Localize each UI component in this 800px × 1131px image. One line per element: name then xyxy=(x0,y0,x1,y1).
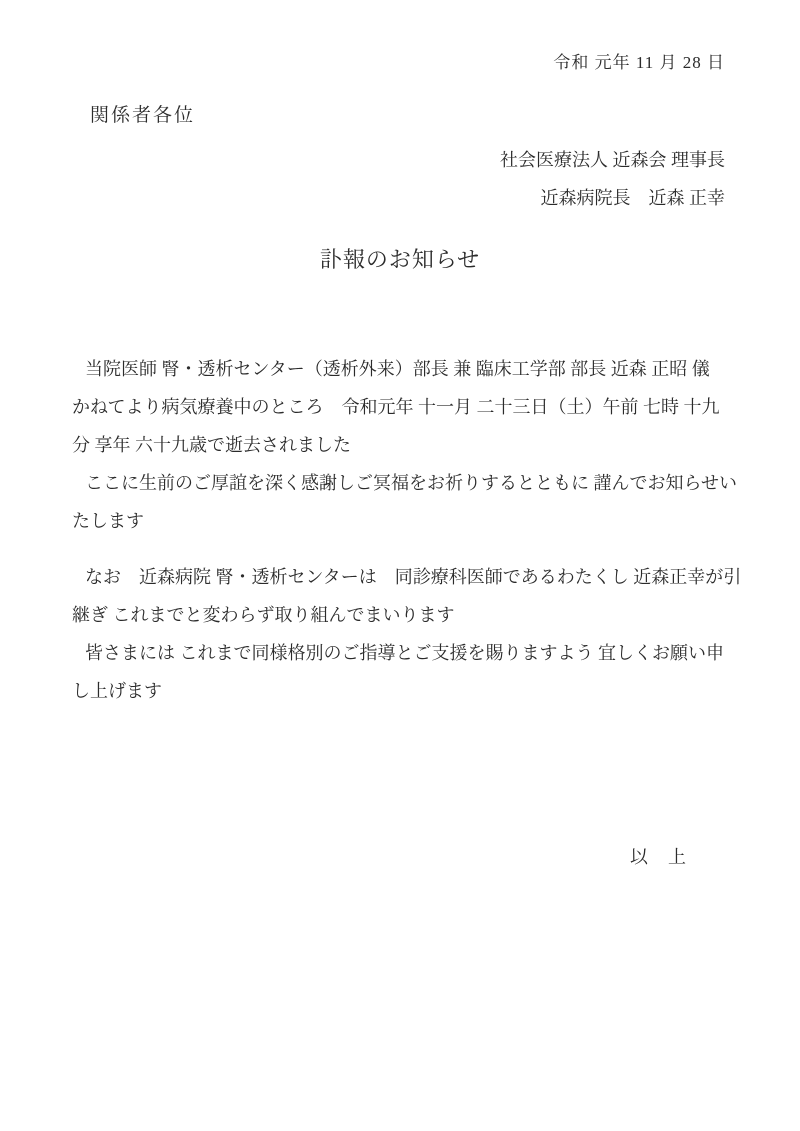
letter-date: 令和 元年 11 月 28 日 xyxy=(553,48,725,73)
sender-block: 社会医療法人 近森会 理事長 近森病院長 近森 正幸 xyxy=(500,141,725,217)
obituary-letter-page: 令和 元年 11 月 28 日 関係者各位 社会医療法人 近森会 理事長 近森病… xyxy=(0,0,800,1131)
paragraph-death-announcement: 当院医師 腎・透析センター（透析外来）部長 兼 臨床工学部 部長 近森 正昭 儀… xyxy=(72,350,732,540)
body-line: 皆さまには これまで同様格別のご指導とご支援を賜りますよう 宜しくお願い申 xyxy=(72,634,732,672)
recipient-line: 関係者各位 xyxy=(90,100,195,127)
body-line: 継ぎ これまでと変わらず取り組んでまいります xyxy=(72,596,732,634)
body-line: し上げます xyxy=(72,672,732,710)
closing-ijou: 以 上 xyxy=(630,843,687,869)
body-line: かねてより病気療養中のところ 令和元年 十一月 二十三日（土）午前 七時 十九 xyxy=(72,388,732,426)
sender-name: 近森病院長 近森 正幸 xyxy=(500,179,725,217)
sender-organization: 社会医療法人 近森会 理事長 xyxy=(500,141,725,179)
body-line: 分 享年 六十九歳で逝去されました xyxy=(72,426,732,464)
letter-title: 訃報のお知らせ xyxy=(0,243,800,274)
body-line: なお 近森病院 腎・透析センターは 同診療科医師であるわたくし 近森正幸が引 xyxy=(72,558,732,596)
paragraph-succession-notice: なお 近森病院 腎・透析センターは 同診療科医師であるわたくし 近森正幸が引 継… xyxy=(72,558,732,710)
body-line: たします xyxy=(72,502,732,540)
body-line: ここに生前のご厚誼を深く感謝しご冥福をお祈りするとともに 謹んでお知らせい xyxy=(72,464,732,502)
body-line: 当院医師 腎・透析センター（透析外来）部長 兼 臨床工学部 部長 近森 正昭 儀 xyxy=(72,350,732,388)
letter-body: 当院医師 腎・透析センター（透析外来）部長 兼 臨床工学部 部長 近森 正昭 儀… xyxy=(72,350,732,710)
